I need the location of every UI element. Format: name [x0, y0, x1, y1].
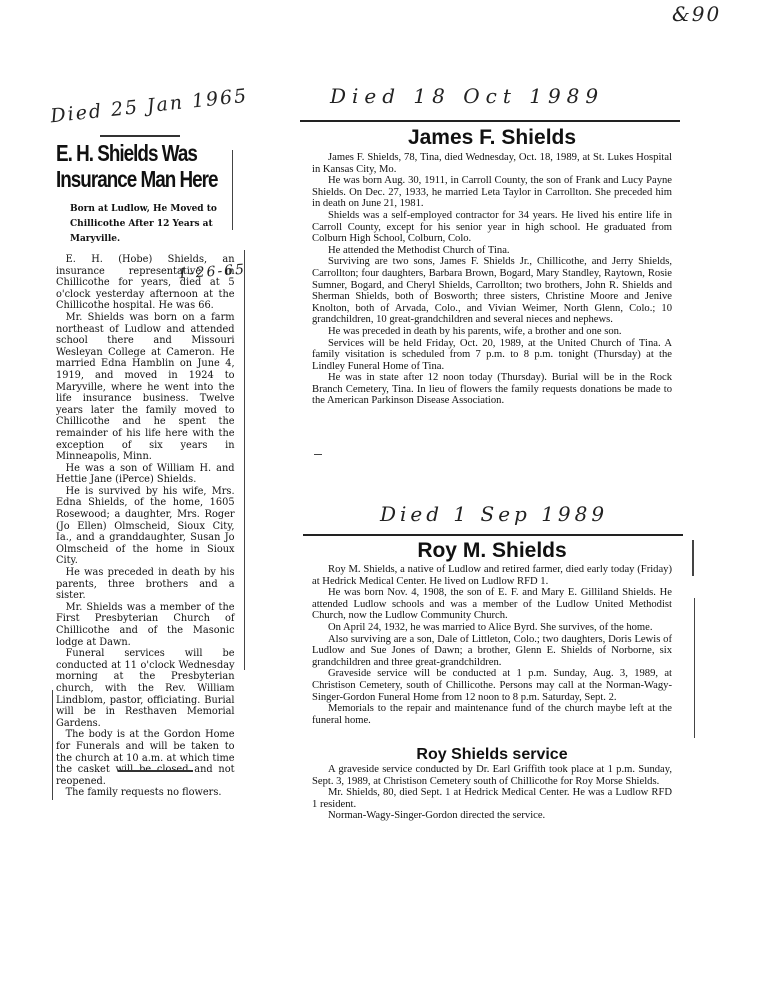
paragraph: Surviving are two sons, James F. Shields… — [312, 256, 672, 326]
paragraph: Mr. Shields was born on a farm northeast… — [56, 312, 235, 463]
paragraph: Services will be held Friday, Oct. 20, 1… — [312, 338, 672, 373]
paragraph: Mr. Shields was a member of the First Pr… — [56, 602, 235, 648]
paragraph: A graveside service conducted by Dr. Ear… — [312, 764, 672, 787]
paragraph: The family requests no flowers. — [56, 787, 235, 799]
notice-roy-shields-service: Roy Shields service A graveside service … — [312, 746, 672, 822]
paragraph: He was in state after 12 noon today (Thu… — [312, 372, 672, 407]
handwritten-death-date: Died 25 Jan 1965 — [49, 85, 249, 128]
paragraph: He was preceded in death by his parents,… — [312, 326, 672, 338]
headline: Roy M. Shields — [312, 538, 672, 564]
paragraph: The body is at the Gordon Home for Funer… — [56, 729, 235, 787]
divider — [118, 770, 193, 772]
headline: E. H. Shields Was Insurance Man Here — [56, 140, 253, 192]
handwritten-death-date: Died 18 Oct 1989 — [330, 84, 604, 108]
handwritten-death-date: Died 1 Sep 1989 — [380, 502, 608, 526]
paragraph: He was preceded in death by his parents,… — [56, 567, 235, 602]
paragraph: James F. Shields, 78, Tina, died Wednesd… — [312, 152, 672, 175]
paragraph: Shields was a self-employed contractor f… — [312, 210, 672, 245]
paragraph: Roy M. Shields, a native of Ludlow and r… — [312, 564, 672, 587]
page-number-annotation: &90 — [672, 2, 721, 26]
paragraph: On April 24, 1932, he was married to Ali… — [312, 622, 672, 634]
paragraph: Also surviving are a son, Dale of Little… — [312, 634, 672, 669]
obituary-james-shields: James F. Shields James F. Shields, 78, T… — [312, 124, 672, 407]
paragraph: He was born Nov. 4, 1908, the son of E. … — [312, 587, 672, 622]
paragraph: Norman-Wagy-Singer-Gordon directed the s… — [312, 810, 672, 822]
headline: James F. Shields — [312, 124, 672, 152]
paragraph: He was born Aug. 30, 1911, in Carroll Co… — [312, 175, 672, 210]
obituary-eh-shields: E. H. Shields Was Insurance Man Here Bor… — [44, 132, 244, 251]
obituary-body: E. H. (Hobe) Shields, an insurance repre… — [56, 254, 242, 799]
paragraph: E. H. (Hobe) Shields, an insurance repre… — [56, 254, 235, 312]
column-border — [244, 250, 245, 670]
divider — [300, 120, 680, 122]
column-border — [694, 598, 695, 738]
paragraph: Memorials to the repair and maintenance … — [312, 703, 672, 726]
paragraph: He was a son of William H. and Hettie Ja… — [56, 463, 235, 486]
paragraph: Mr. Shields, 80, died Sept. 1 at Hedrick… — [312, 787, 672, 810]
subheadline: Born at Ludlow, He Moved to Chillicothe … — [70, 202, 244, 247]
divider — [314, 454, 322, 455]
paragraph: Funeral services will be conducted at 11… — [56, 648, 235, 729]
paragraph: He attended the Methodist Church of Tina… — [312, 245, 672, 257]
column-border — [52, 690, 53, 800]
paragraph: He is survived by his wife, Mrs. Edna Sh… — [56, 486, 235, 567]
divider — [303, 534, 683, 536]
obituary-roy-shields: Roy M. Shields Roy M. Shields, a native … — [312, 538, 672, 726]
headline: Roy Shields service — [312, 746, 672, 764]
paragraph: Graveside service will be conducted at 1… — [312, 668, 672, 703]
column-border — [692, 540, 694, 576]
